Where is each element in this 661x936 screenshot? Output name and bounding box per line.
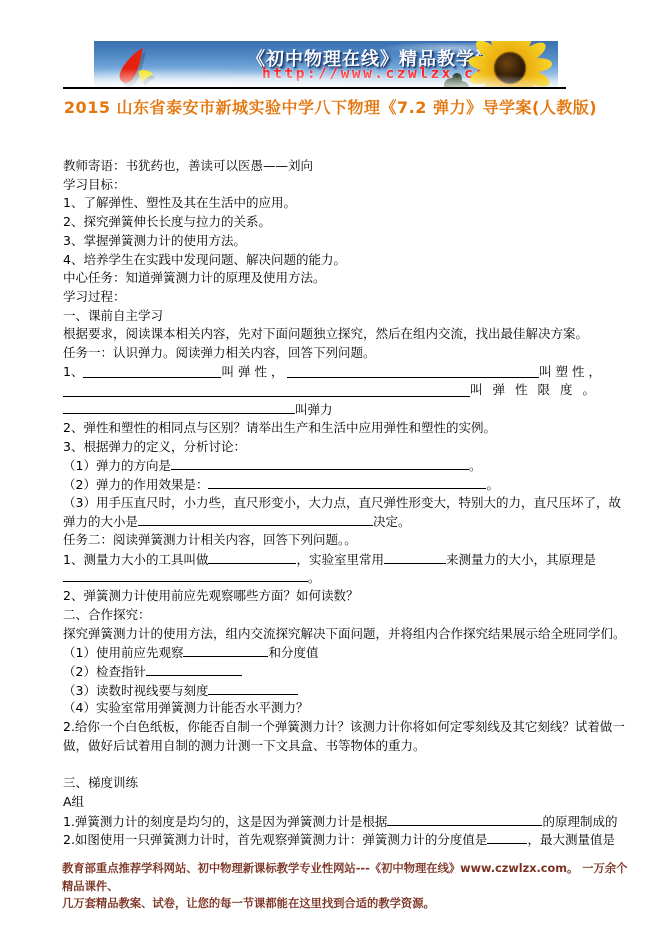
doc-line: 教师寄语：书犹药也，善读可以医愚——刘向 [63,157,605,176]
doc-text: 1、了解弹性、塑性及其在生活中的应用。 [63,195,296,210]
doc-text: 教师寄语：书犹药也，善读可以医愚——刘向 [63,158,313,173]
doc-text: 2、弹性和塑性的相同点与区别？请举出生产和生活中应用弹性和塑性的实例。 [63,420,496,435]
doc-text: 3、根据弹力的定义，分析讨论： [63,439,246,454]
doc-line: 叫弹性限度。 [63,381,605,400]
doc-line: （1）使用前应先观察和分度值 [63,643,605,662]
doc-line: 1、测量力大小的工具叫做，实验室里常用来测量力的大小，其原理是 [63,550,605,569]
doc-line: （2）弹力的作用效果是：。 [63,475,605,494]
blank-underline [63,400,295,414]
doc-text: 根据要求，阅读课本相关内容，先对下面问题独立探究，然后在组内交流，找出最佳解决方… [63,326,588,341]
doc-line: 1.弹簧测力计的刻度是均匀的，这是因为弹簧测力计是根据的原理制成的 [63,812,605,831]
doc-line: 学习过程： [63,288,605,307]
blank-underline [171,456,469,470]
doc-text: 2、探究弹簧伸长长度与拉力的关系。 [63,214,271,229]
doc-line: 做，做好后试着用自制的测力计测一下文具盒、书等物体的重力。 [63,737,605,756]
horizontal-rule [63,87,566,89]
doc-text: 。 [469,458,482,473]
doc-text: 来测量力的大小，其原理是 [446,552,596,567]
blank-underline [387,812,542,826]
doc-line: （2）检查指针 [63,662,605,681]
doc-text: 叫弹力 [295,402,333,417]
blank-underline [146,662,242,676]
doc-text: 探究弹簧测力计的使用方法，组内交流探究解决下面问题，并将组内合作探究结果展示给全… [63,626,626,641]
doc-line: 二、合作探究： [63,606,605,625]
doc-line: 学习目标： [63,176,605,195]
doc-line [63,756,605,775]
doc-line: 。 [63,568,605,587]
doc-text: （3）用手压直尺时，小力些，直尺形变小，大力点，直尺弹性形变大，特别大的力，直尺… [63,495,621,510]
doc-line: 三、梯度训练 [63,774,605,793]
footer-line-2: 几万套精品教案、试卷，让您的每一节课都能在这里找到合适的教学资源。 [62,895,634,913]
doc-text: 叫塑性， [539,363,605,382]
doc-text: （1）使用前应先观察 [63,645,183,660]
doc-line: 2.如图使用一只弹簧测力计时，首先观察弹簧测力计：弹簧测力计的分度值是，最大测量… [63,830,605,849]
doc-line: （4）实验室常用弹簧测力计能否水平测力？ [63,699,605,718]
blank-underline [208,550,296,564]
document-page: 《初中物理在线》精品教学资源库 http://www.czwlzx.com [0,0,661,936]
doc-text: 决定。 [373,514,411,529]
doc-text: 的原理制成的 [542,814,617,829]
blank-underline [208,681,298,695]
doc-text: 2、弹簧测力计使用前应先观察哪些方面？如何读数？ [63,588,358,603]
blank-underline [487,830,527,844]
doc-line: （3）用手压直尺时，小力些，直尺形变小，大力点，直尺弹性形变大，特别大的力，直尺… [63,494,605,513]
blank-underline [138,512,373,526]
doc-line: 1、叫弹性，叫塑性， [63,363,605,382]
doc-text: ，最大测量值是 [527,832,615,847]
doc-text: 一、课前自主学习 [63,308,163,323]
footer-line-1: 教育部重点推荐学科网站、初中物理新课标教学专业性网站---《初中物理在线》www… [62,860,634,895]
doc-text: 学习过程： [63,289,126,304]
doc-text: 中心任务：知道弹簧测力计的原理及使用方法。 [63,270,326,285]
doc-text: 叫弹性限度。 [470,381,605,400]
doc-line: 任务二：阅读弹簧测力计相关内容，回答下列问题。。 [63,531,605,550]
doc-line: 3、掌握弹簧测力计的使用方法。 [63,232,605,251]
doc-text: 二、合作探究： [63,607,151,622]
blank-underline [63,568,308,582]
doc-text: 1.弹簧测力计的刻度是均匀的，这是因为弹簧测力计是根据 [63,814,387,829]
doc-text: 4、培养学生在实践中发现问题、解决问题的能力。 [63,252,346,267]
sunflower-icon [464,41,556,87]
doc-text: 三、梯度训练 [63,775,138,790]
site-logo-icon [106,46,164,87]
doc-line: 一、课前自主学习 [63,307,605,326]
doc-line: 2.给你一个白色纸板，你能否自制一个弹簧测力计？该测力计你将如何定零刻线及其它刻… [63,718,605,737]
footer-note: 教育部重点推荐学科网站、初中物理新课标教学专业性网站---《初中物理在线》www… [62,860,634,913]
blank-underline [208,475,486,489]
blank-underline [63,394,470,397]
doc-text: 2.如图使用一只弹簧测力计时，首先观察弹簧测力计：弹簧测力计的分度值是 [63,832,487,847]
doc-text: （4）实验室常用弹簧测力计能否水平测力？ [63,700,308,715]
doc-text: 叫弹性， [221,363,287,382]
doc-text: 任务二：阅读弹簧测力计相关内容，回答下列问题。。 [63,532,357,547]
doc-line: （3）读数时视线要与刻度 [63,681,605,700]
blank-underline [384,550,446,564]
page-title: 2015 山东省泰安市新城实验中学八下物理《7.2 弹力》导学案(人教版) [0,95,661,118]
blank-underline [183,643,268,657]
doc-text: （2）弹力的作用效果是： [63,477,208,492]
doc-text: 。 [308,570,321,585]
doc-text: 做，做好后试着用自制的测力计测一下文具盒、书等物体的重力。 [63,738,426,753]
doc-line: 2、弹性和塑性的相同点与区别？请举出生产和生活中应用弹性和塑性的实例。 [63,419,605,438]
doc-text: 任务一：认识弹力。阅读弹力相关内容，回答下列问题。 [63,345,376,360]
site-banner: 《初中物理在线》精品教学资源库 http://www.czwlzx.com [94,41,558,87]
doc-text: ，实验室里常用 [296,552,384,567]
doc-text: 。 [486,477,499,492]
doc-line: 3、根据弹力的定义，分析讨论： [63,438,605,457]
doc-line: 弹力的大小是决定。 [63,512,605,531]
doc-line: 中心任务：知道弹簧测力计的原理及使用方法。 [63,269,605,288]
doc-line: A组 [63,793,605,812]
doc-text: 1、测量力大小的工具叫做 [63,552,208,567]
doc-line: 任务一：认识弹力。阅读弹力相关内容，回答下列问题。 [63,344,605,363]
blank-underline [83,375,221,378]
doc-text: （3）读数时视线要与刻度 [63,683,208,698]
doc-line: 根据要求，阅读课本相关内容，先对下面问题独立探究，然后在组内交流，找出最佳解决方… [63,325,605,344]
doc-text: 1、 [63,363,83,382]
doc-text: （2）检查指针 [63,664,146,679]
doc-line: 4、培养学生在实践中发现问题、解决问题的能力。 [63,251,605,270]
doc-text: 弹力的大小是 [63,514,138,529]
doc-line: 1、了解弹性、塑性及其在生活中的应用。 [63,194,605,213]
doc-text: （1）弹力的方向是 [63,458,171,473]
doc-line: （1）弹力的方向是。 [63,456,605,475]
doc-text: 学习目标： [63,177,126,192]
doc-line: 2、弹簧测力计使用前应先观察哪些方面？如何读数？ [63,587,605,606]
doc-text: A组 [63,794,84,809]
doc-text: 3、掌握弹簧测力计的使用方法。 [63,233,246,248]
doc-line: 2、探究弹簧伸长长度与拉力的关系。 [63,213,605,232]
doc-line: 探究弹簧测力计的使用方法，组内交流探究解决下面问题，并将组内合作探究结果展示给全… [63,625,605,644]
doc-text: 和分度值 [268,645,318,660]
doc-line: 叫弹力 [63,400,605,419]
blank-underline [287,375,539,378]
doc-text: 2.给你一个白色纸板，你能否自制一个弹簧测力计？该测力计你将如何定零刻线及其它刻… [63,719,625,734]
document-lines: 教师寄语：书犹药也，善读可以医愚——刘向学习目标：1、了解弹性、塑性及其在生活中… [63,157,605,849]
